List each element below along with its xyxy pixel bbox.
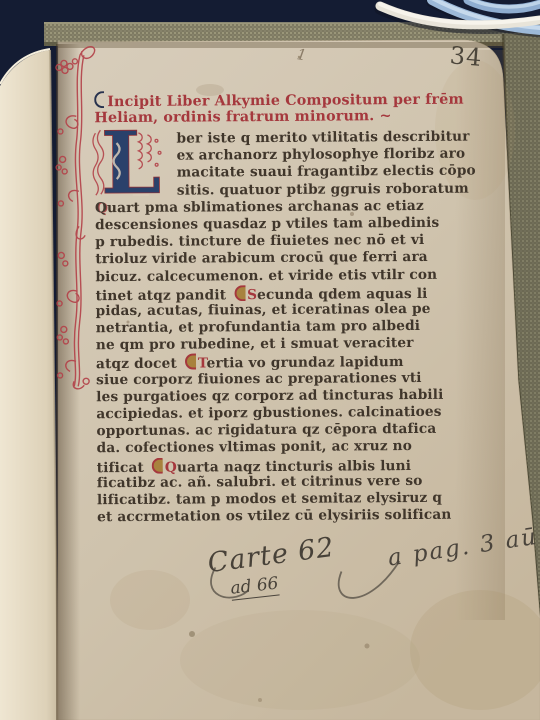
text-segment: p rubedis. tincture de fiuietes nec nō e… — [95, 232, 424, 250]
text-segment: ber iste q merito vtilitatis describitur — [176, 129, 469, 147]
text-segment: accipiedas. et iporz gbustiones. calcina… — [96, 404, 441, 422]
rubric-segment: Heliam, ordinis fratrum minorum. ~ — [94, 108, 391, 126]
text-segment: T — [198, 356, 207, 372]
text-segment: et accrmetation os vtilez cū elysiriis s… — [97, 507, 452, 525]
blue-paraph-mark — [94, 91, 104, 108]
text-segment: bicuz. calcecumenon. et viride etis vtil… — [95, 266, 437, 284]
text-line: Incipit Liber Alkymie Compositum per frē… — [94, 89, 464, 110]
text-segment: ex archanorz phylosophye floribz aro — [177, 146, 466, 164]
text-segment: uart pma sblimationes archanas ac etiaz — [107, 198, 424, 216]
text-segment: trioluz viride arabicum crocū que ferri … — [95, 249, 428, 267]
text-segment: da. cofectiones vltimas ponit, ac xruz n… — [97, 438, 413, 456]
text-segment: les purgatioes qz corporz ad tincturas h… — [96, 387, 443, 405]
text-segment: tificat — [97, 459, 149, 475]
text-segment: sitis. quatuor ptibz ggruis roboratum — [177, 180, 469, 198]
text-segment: ficatibz ac. añ. salubri. et citrinus ve… — [97, 473, 423, 491]
text-segment: S — [247, 287, 257, 303]
text-segment: opportunas. ac rigidatura qz cēpora dtaf… — [96, 421, 436, 439]
text-line: et accrmetation os vtilez cū elysiriis s… — [97, 507, 478, 527]
paraph-mark — [185, 354, 196, 370]
text-segment: Q — [95, 200, 107, 216]
manuscript-text-block: ber iste q merito vtilitatis describitur… — [94, 129, 478, 527]
top-center-mark: 1 — [296, 45, 308, 64]
page-content-layer: 34 1 Incipit Liber Alkymie Com — [0, 0, 540, 720]
annotation-apag: a pag. 3 aū — [386, 524, 539, 572]
paraph-mark — [152, 457, 163, 473]
text-segment: pidas, acutas, fiuinas, et iceratinas ol… — [96, 301, 431, 319]
text-segment: descensiones quasdaz p vtiles tam albedi… — [95, 215, 439, 233]
folio-number: 34 — [449, 41, 484, 72]
text-segment: Q — [165, 459, 177, 475]
rubric: Incipit Liber Alkymie Compositum per frē… — [94, 89, 464, 129]
text-segment: netrantia, et profundantia tam pro albed… — [96, 318, 420, 336]
text-line: Heliam, ordinis fratrum minorum. ~ — [94, 107, 464, 128]
text-segment: ne qm pro rubedine, et i smuat veraciter — [96, 335, 414, 353]
paraph-mark — [234, 285, 245, 301]
text-segment: siue corporz fiuiones ac preparationes v… — [96, 370, 422, 388]
manuscript-photo: 34 1 Incipit Liber Alkymie Com — [0, 0, 540, 720]
text-segment: atqz docet — [96, 356, 182, 373]
rubric-segment: Incipit Liber Alkymie Compositum per frē… — [107, 92, 464, 110]
text-segment: macitate suaui fragantibz electis cōpo — [177, 163, 476, 181]
text-segment: lificatibz. tam p modos et semitaz elysi… — [97, 490, 442, 508]
